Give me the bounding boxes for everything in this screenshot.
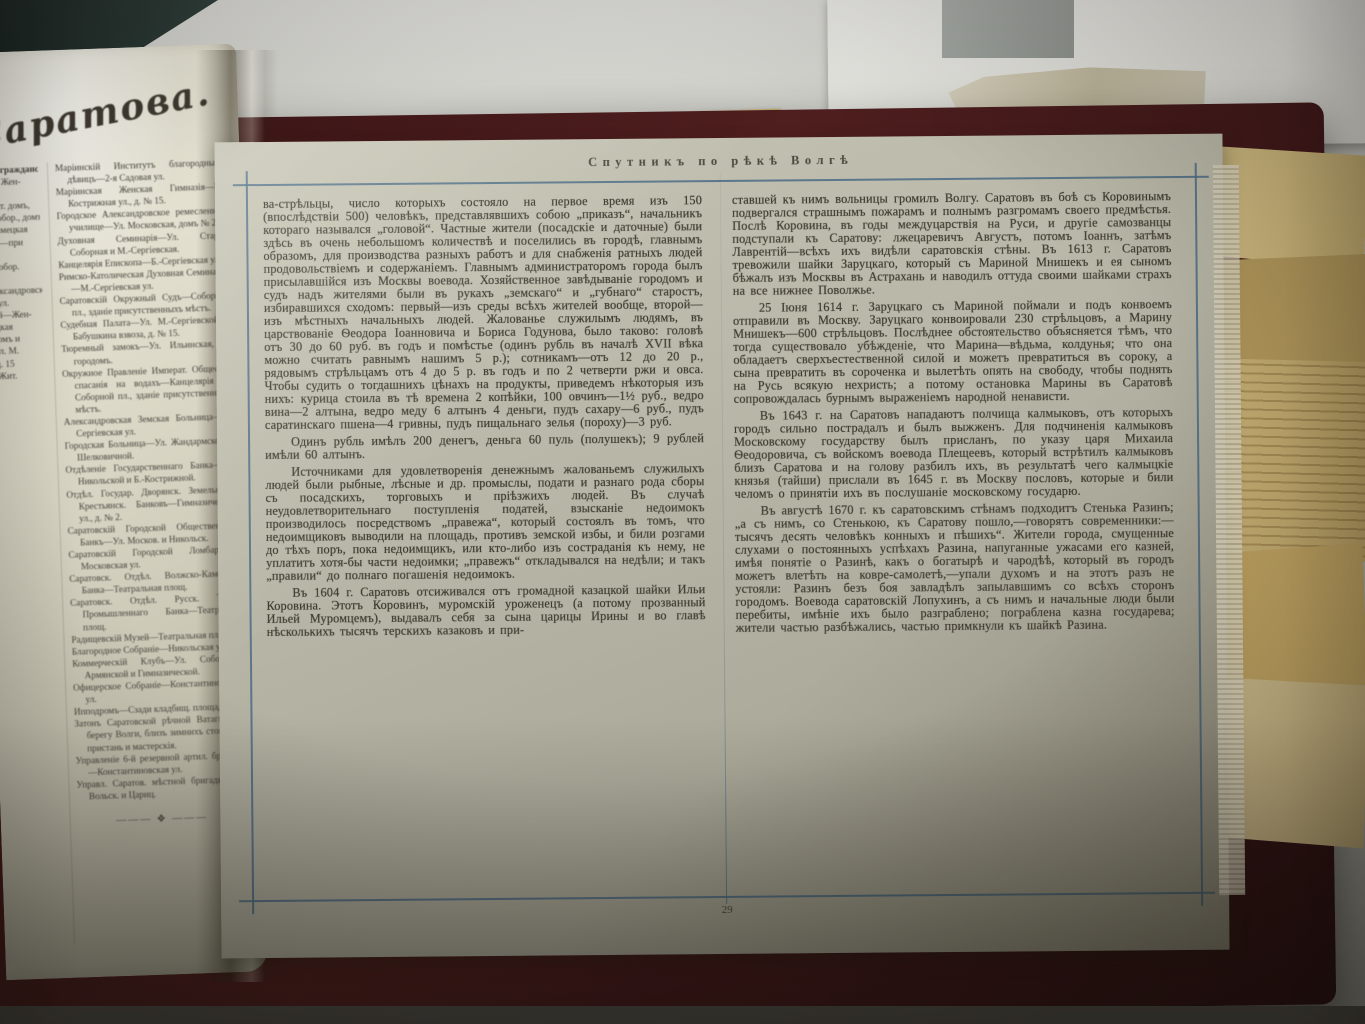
running-head: Спутникъ по рѣкѣ Волгѣ <box>247 150 1195 173</box>
table-shadow-strip <box>0 1006 1365 1024</box>
left-page-index: ныя гражданск.въ— Жен-ская,Сарат. домъ,—… <box>0 156 251 946</box>
frame-rule-right <box>1195 163 1203 906</box>
text-column-1: ва-стрѣльцы, число которыхъ состояло на … <box>263 194 708 862</box>
index-entry: Окружное Правленіе Императ. Общества спа… <box>62 362 233 416</box>
paragraph: ставшей къ нимъ вольницы громилъ Волгу. … <box>732 190 1172 298</box>
right-page: Спутникъ по рѣкѣ Волгѣ ва-стрѣльцы, числ… <box>214 134 1229 959</box>
gray-object <box>942 0 1074 58</box>
paragraph: Въ 1604 г. Саратовъ отсиживался отъ гром… <box>266 583 705 639</box>
index-fragment: — Жит. <box>0 368 45 382</box>
left-page-title: Саратова. <box>0 73 204 158</box>
photo-scene: Саратова. ныя гражданск.въ— Жен-ская,Сар… <box>0 0 1365 1024</box>
paragraph: Въ августѣ 1670 г. къ саратовскимъ стѣна… <box>735 501 1175 635</box>
paragraph: 25 Іюня 1614 г. Заруцкаго съ Мариной пой… <box>733 298 1173 406</box>
index-entry: Саратовск. Отдѣл. Русск. Торг.-Промышлен… <box>70 591 240 633</box>
index-entry: Отдѣл. Государ. Дворянск. Земельн. и Кре… <box>66 483 236 525</box>
index-fragment: Александровск. <box>0 284 42 298</box>
paragraph: Одинъ рубль имѣлъ 200 денегъ, деньга 60 … <box>265 432 704 462</box>
text-columns: ва-стрѣльцы, число которыхъ состояло на … <box>263 190 1177 862</box>
paragraph: Источниками для удовлетворенія денежнымъ… <box>265 462 705 583</box>
frame-rule-left <box>246 171 254 914</box>
paragraph: ва-стрѣльцы, число которыхъ состояло на … <box>263 194 704 432</box>
text-column-2: ставшей къ нимъ вольницы громилъ Волгу. … <box>732 190 1177 858</box>
paragraph: Въ 1643 г. на Саратовъ нападаютъ полчища… <box>734 406 1174 501</box>
